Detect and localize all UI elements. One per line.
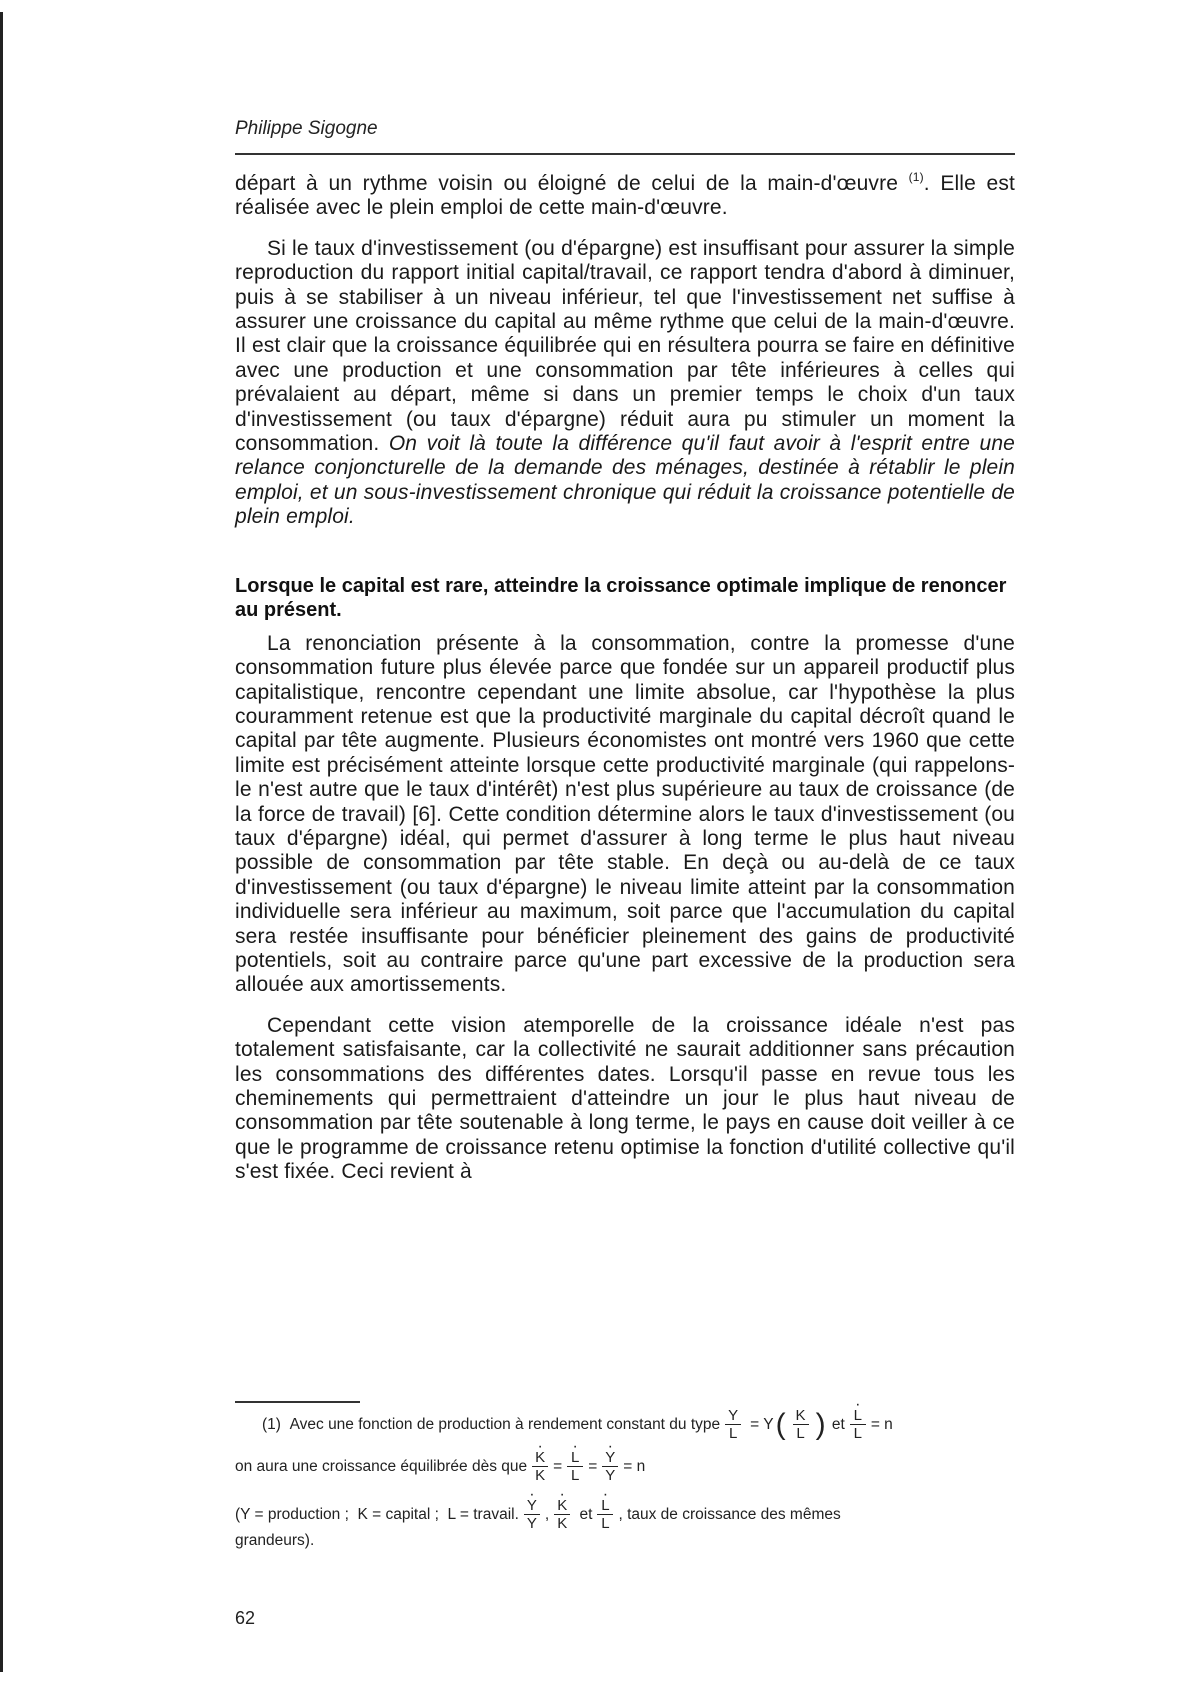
fraction-dot: LL: [597, 1497, 613, 1532]
page-number: 62: [235, 1608, 255, 1629]
fraction-dot: LL: [567, 1449, 583, 1484]
body-text: départ à un rythme voisin ou éloigné de …: [235, 172, 1015, 1185]
paragraph-3: La renonciation présente à la consommati…: [235, 632, 1015, 998]
fraction-dot: YY: [602, 1449, 618, 1484]
footnote-rule: [235, 1401, 360, 1403]
fraction: KL: [793, 1407, 809, 1442]
running-head-author: Philippe Sigogne: [235, 118, 378, 140]
footnote-line-2: on aura une croissance équilibrée dès qu…: [235, 1449, 1025, 1484]
footnote-line-3: (Y = production ; K = capital ; L = trav…: [235, 1497, 1025, 1532]
paragraph-2: Si le taux d'investissement (ou d'épargn…: [235, 237, 1015, 530]
paragraph-1: départ à un rythme voisin ou éloigné de …: [235, 172, 1015, 221]
footnote-line-4: grandeurs).: [235, 1532, 1025, 1550]
paragraph-4: Cependant cette vision atemporelle de la…: [235, 1014, 1015, 1185]
fraction-dot: KK: [532, 1449, 548, 1484]
section-heading: Lorsque le capital est rare, atteindre l…: [235, 574, 1015, 622]
header-rule: [235, 153, 1015, 155]
fraction-dot: KK: [554, 1497, 570, 1532]
fraction-dot: LL: [850, 1407, 866, 1442]
scan-edge-line: [0, 12, 3, 1672]
footnote-line-1: (1) Avec une fonction de production à re…: [235, 1407, 1052, 1442]
fraction: YL: [725, 1407, 741, 1442]
footnote-ref[interactable]: (1): [909, 170, 924, 184]
fraction-dot: YY: [524, 1497, 540, 1532]
